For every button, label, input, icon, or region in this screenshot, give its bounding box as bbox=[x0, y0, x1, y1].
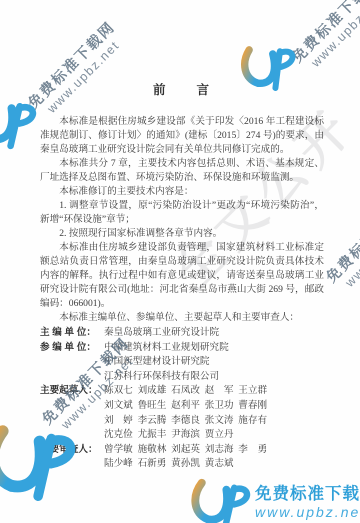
paragraph-chapters: 本标准共分 7 章，主要技术内容包括总则、术语、基本规定、厂址选择及总图布置、环… bbox=[40, 157, 324, 185]
participating-unit: 江苏科行环保科技有限公司 bbox=[104, 370, 324, 385]
drafters-row: 沈克俭 尤振丰 尹海滨 贾立丹 bbox=[40, 428, 324, 443]
credits-section: 主 编 单 位： 秦皇岛玻璃工业研究设计院 参 编 单 位： 中国建筑材料工业规… bbox=[40, 326, 324, 472]
footer-site-url: www.upbz.net bbox=[255, 504, 360, 520]
footer-brand-text: 免费标准下载网 www.upbz.net bbox=[255, 474, 360, 520]
reviewers-row: 主要审查人： 曾学敏 施敬林 刘起英 刘志海 李 勇 bbox=[40, 443, 324, 458]
drafters-label: 主要起草人： bbox=[40, 384, 104, 399]
watermark-site-url: www.upbz.net bbox=[318, 188, 360, 314]
paragraph-revision-intro: 本标准修订的主要技术内容是： bbox=[40, 185, 324, 199]
page-title: 前 言 bbox=[40, 80, 324, 98]
up-logo-icon bbox=[188, 474, 252, 523]
footer-brand: 免费标准下载网 www.upbz.net bbox=[188, 474, 360, 523]
paragraph-basis: 本标准是根据住房城乡建设部《关于印发〈2016 年工程建设标准规范制订、修订计划… bbox=[40, 115, 324, 157]
drafter-names: 陈双七 刘成雄 石凤改 赵 军 王立群 bbox=[104, 384, 324, 399]
participating-unit-row: 参 编 单 位： 中国建筑材料工业规划研究院 bbox=[40, 341, 324, 356]
drafter-names: 刘 婷 李云腾 李德良 张文涛 施存有 bbox=[104, 414, 324, 429]
up-logo-icon bbox=[0, 92, 38, 150]
watermark-site-name: 免费标准下载网 bbox=[270, 0, 360, 84]
preface-content: 前 言 本标准是根据住房城乡建设部《关于印发〈2016 年工程建设标准规范制订、… bbox=[40, 80, 324, 472]
participating-unit-row: 江苏科行环保科技有限公司 bbox=[40, 370, 324, 385]
participating-unit: 中国建筑材料工业规划研究院 bbox=[104, 341, 324, 356]
drafter-names: 沈克俭 尤振丰 尹海滨 贾立丹 bbox=[104, 428, 324, 443]
drafters-row: 刘 婷 李云腾 李德良 张文涛 施存有 bbox=[40, 414, 324, 429]
paragraph-revision-item-1: 1. 调整章节设置，原“污染防治设计”更改为“环境污染防治”，新增“环保设施”章… bbox=[40, 199, 324, 227]
paragraph-revision-item-2: 2. 按照现行国家标准调整各章节内容。 bbox=[40, 227, 324, 241]
chief-editor-value: 秦皇岛玻璃工业研究设计院 bbox=[104, 326, 324, 341]
participating-label: 参 编 单 位： bbox=[40, 341, 104, 356]
drafters-row: 刘文斌 鲁旺生 赵利平 张卫功 曹春刚 bbox=[40, 399, 324, 414]
participating-unit-row: 中国新型建材设计研究院 bbox=[40, 355, 324, 370]
drafter-names: 刘文斌 鲁旺生 赵利平 张卫功 曹春刚 bbox=[104, 399, 324, 414]
reviewer-names: 陆少峰 石新勇 黄孙凯 黄志斌 bbox=[104, 457, 324, 472]
reviewers-row: 陆少峰 石新勇 黄孙凯 黄志斌 bbox=[40, 457, 324, 472]
footer-site-name: 免费标准下载网 bbox=[255, 480, 360, 504]
reviewer-names: 曾学敏 施敬林 刘起英 刘志海 李 勇 bbox=[104, 443, 324, 458]
participating-unit: 中国新型建材设计研究院 bbox=[104, 355, 324, 370]
paragraph-management: 本标准由住房城乡建设部负责管理，国家建筑材料工业标准定额总站负责日常管理，由秦皇… bbox=[40, 241, 324, 311]
paragraph-credits-intro: 本标准主编单位、参编单位、主要起草人和主要审查人： bbox=[40, 311, 324, 325]
document-page: 全文公开 免费标准下载网 www.upbz.net 免费标准下载网 www.up… bbox=[0, 0, 360, 523]
drafters-row: 主要起草人： 陈双七 刘成雄 石凤改 赵 军 王立群 bbox=[40, 384, 324, 399]
reviewers-label: 主要审查人： bbox=[40, 443, 104, 458]
chief-editor-label: 主 编 单 位： bbox=[40, 326, 104, 341]
chief-editor-row: 主 编 单 位： 秦皇岛玻璃工业研究设计院 bbox=[40, 326, 324, 341]
